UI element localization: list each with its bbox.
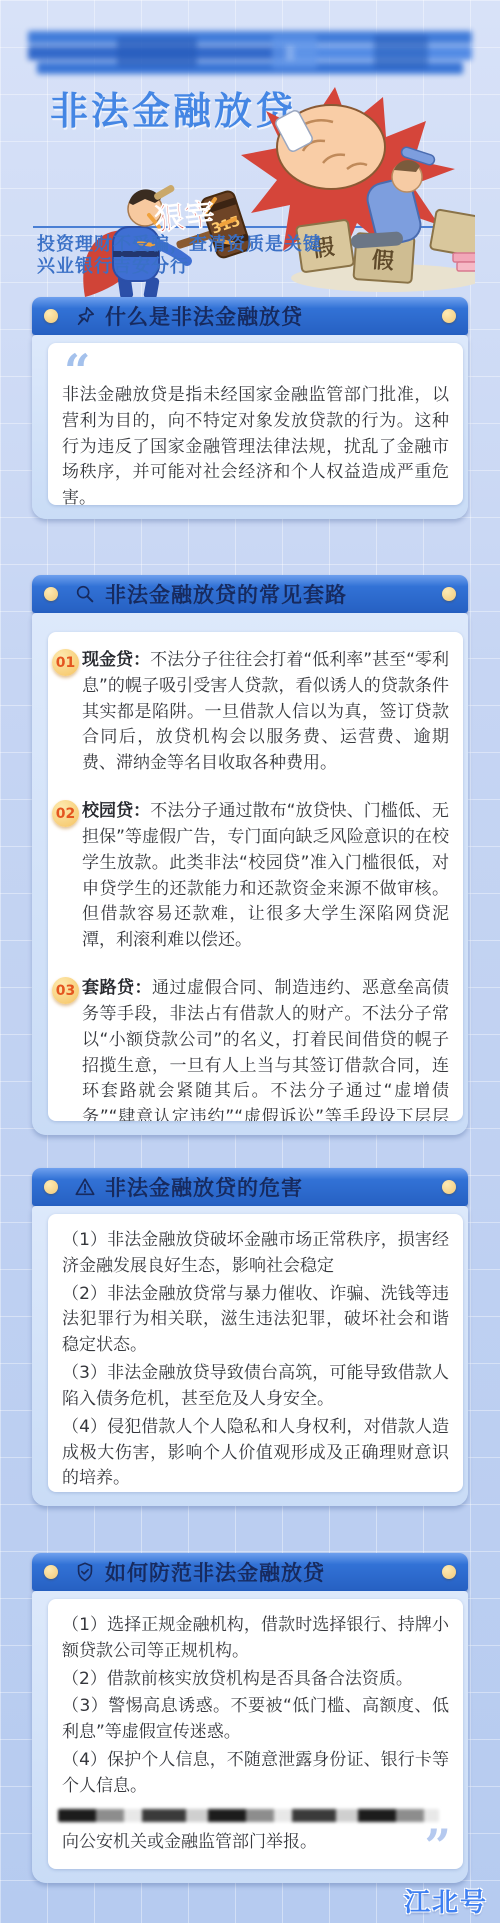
section-card: （1）选择正规金融机构，借款时选择银行、持牌小额贷款公司等正规机构。 （2）借款… (32, 1591, 468, 1883)
section-title: 如何防范非法金融放贷 (105, 1557, 325, 1587)
section-header: 非法金融放贷的常见套路 (32, 575, 468, 613)
decor-dot-left (44, 309, 58, 323)
harms-card: （1）非法金融放贷破坏金融市场正常秩序，损害经济金融发展良好生态，影响社会稳定 … (48, 1214, 463, 1492)
warning-icon (74, 1176, 96, 1198)
list-item: 03 套路贷：通过虚假合同、制造违约、恶意垒高债务等手段，非法占有借款人的财产。… (78, 976, 451, 1121)
item-number-badge: 01 (52, 649, 79, 676)
magnifier-icon (74, 583, 96, 605)
prevention-item: （1）选择正规金融机构，借款时选择银行、持牌小额贷款公司等正规机构。 (48, 1611, 463, 1665)
section-card: 01 现金贷：不法分子往往会打着“低利率”甚至“零利息”的幌子吸引受害人贷款，看… (32, 613, 468, 1135)
harm-item: （1）非法金融放贷破坏金融市场正常秩序，损害经济金融发展良好生态，影响社会稳定 (48, 1226, 463, 1280)
item-number-badge: 03 (52, 977, 79, 1004)
section-header: 非法金融放贷的危害 (32, 1168, 468, 1206)
section-title: 非法金融放贷的常见套路 (105, 579, 347, 609)
decor-dot-left (44, 1565, 58, 1579)
section-what-is: 什么是非法金融放贷 “ 非法金融放贷是指未经国家金融监管部门批准，以营利为目的，… (32, 297, 468, 519)
harm-item: （3）非法金融放贷导致债台高筑，可能导致借款人陷入债务危机，甚至危及人身安全。 (48, 1359, 463, 1413)
prevention-item: （3）警惕高息诱惑。不要被“低门槛、高额度、低利息”等虚假宣传迷惑。 (48, 1692, 463, 1746)
quote-card: “ 非法金融放贷是指未经国家金融监管部门批准，以营利为目的，向不特定对象发放贷款… (48, 343, 463, 505)
pushpin-icon (74, 305, 96, 327)
item-lead: 套路贷： (82, 978, 152, 998)
section-header: 如何防范非法金融放贷 (32, 1553, 468, 1591)
redacted-banner (28, 29, 472, 79)
watermark-label: 江北号 (404, 1882, 488, 1919)
definition-text: 非法金融放贷是指未经国家金融监管部门批准，以营利为目的，向不特定对象发放贷款的行… (48, 383, 463, 505)
section-prevention: 如何防范非法金融放贷 （1）选择正规金融机构，借款时选择银行、持牌小额贷款公司等… (32, 1553, 468, 1883)
victim-illustration: 假 假 (291, 146, 475, 292)
prevention-item: （4）保护个人信息，不随意泄露身份证、银行卡等个人信息。 (48, 1746, 463, 1800)
harm-item: （2）非法金融放贷常与暴力催收、诈骗、洗钱等违法犯罪行为相关联，滋生违法犯罪，破… (48, 1280, 463, 1359)
prevention-card: （1）选择正规金融机构，借款时选择银行、持牌小额贷款公司等正规机构。 （2）借款… (48, 1599, 463, 1869)
redacted-text-strip (58, 1809, 439, 1822)
decor-dot-right (442, 309, 456, 323)
list-item: 02 校园贷：不法分子通过散布“放贷快、门槛低、无担保”等虚假广告，专门面向缺乏… (78, 799, 451, 954)
poster: 非法金融放贷 假 假 (0, 0, 500, 1923)
list-item: 01 现金贷：不法分子往往会打着“低利率”甚至“零利息”的幌子吸引受害人贷款，看… (78, 648, 451, 777)
section-header: 什么是非法金融放贷 (32, 297, 468, 335)
section-common-tricks: 非法金融放贷的常见套路 01 现金贷：不法分子往往会打着“低利率”甚至“零利息”… (32, 575, 468, 1135)
decor-dot-right (442, 1180, 456, 1194)
harm-item: （4）侵犯借款人个人隐私和人身权利，对借款人造成极大伤害，影响个人价值观形成及正… (48, 1413, 463, 1492)
section-card: “ 非法金融放贷是指未经国家金融监管部门批准，以营利为目的，向不特定对象发放贷款… (32, 335, 468, 519)
item-text: 不法分子通过散布“放贷快、门槛低、无担保”等虚假广告，专门面向缺乏风险意识的在校… (82, 801, 449, 950)
section-title: 什么是非法金融放贷 (105, 301, 303, 331)
report-note: 向公安机关或金融监管部门举报。 (48, 1828, 463, 1856)
decor-dot-right (442, 1565, 456, 1579)
item-lead: 校园贷： (82, 801, 150, 821)
decor-dot-right (442, 587, 456, 601)
close-quote-icon: ” (425, 1823, 451, 1869)
section-title: 非法金融放贷的危害 (105, 1172, 303, 1202)
person-figure (351, 146, 436, 249)
item-number-badge: 02 (52, 800, 79, 827)
open-quote-icon: “ (48, 343, 463, 383)
bank-branch-name: 兴业银行吉安分行 (37, 252, 189, 278)
decor-dot-left (44, 1180, 58, 1194)
fake-box-label: 假 (371, 248, 395, 274)
tricks-card: 01 现金贷：不法分子往往会打着“低利率”甚至“零利息”的幌子吸引受害人贷款，看… (48, 632, 463, 1121)
divider-line (33, 226, 470, 228)
item-text: 通过虚假合同、制造违约、恶意垒高债务等手段，非法占有借款人的财产。不法分子常以“… (82, 978, 449, 1121)
section-harms: 非法金融放贷的危害 （1）非法金融放贷破坏金融市场正常秩序，损害经济金融发展良好… (32, 1168, 468, 1506)
decor-dot-left (44, 587, 58, 601)
item-lead: 现金贷： (82, 650, 150, 670)
shield-icon (74, 1561, 96, 1583)
section-card: （1）非法金融放贷破坏金融市场正常秩序，损害经济金融发展良好生态，影响社会稳定 … (32, 1206, 468, 1506)
prevention-item: （2）借款前核实放贷机构是否具备合法资质。 (48, 1665, 463, 1693)
page-title: 非法金融放贷 (50, 80, 296, 135)
